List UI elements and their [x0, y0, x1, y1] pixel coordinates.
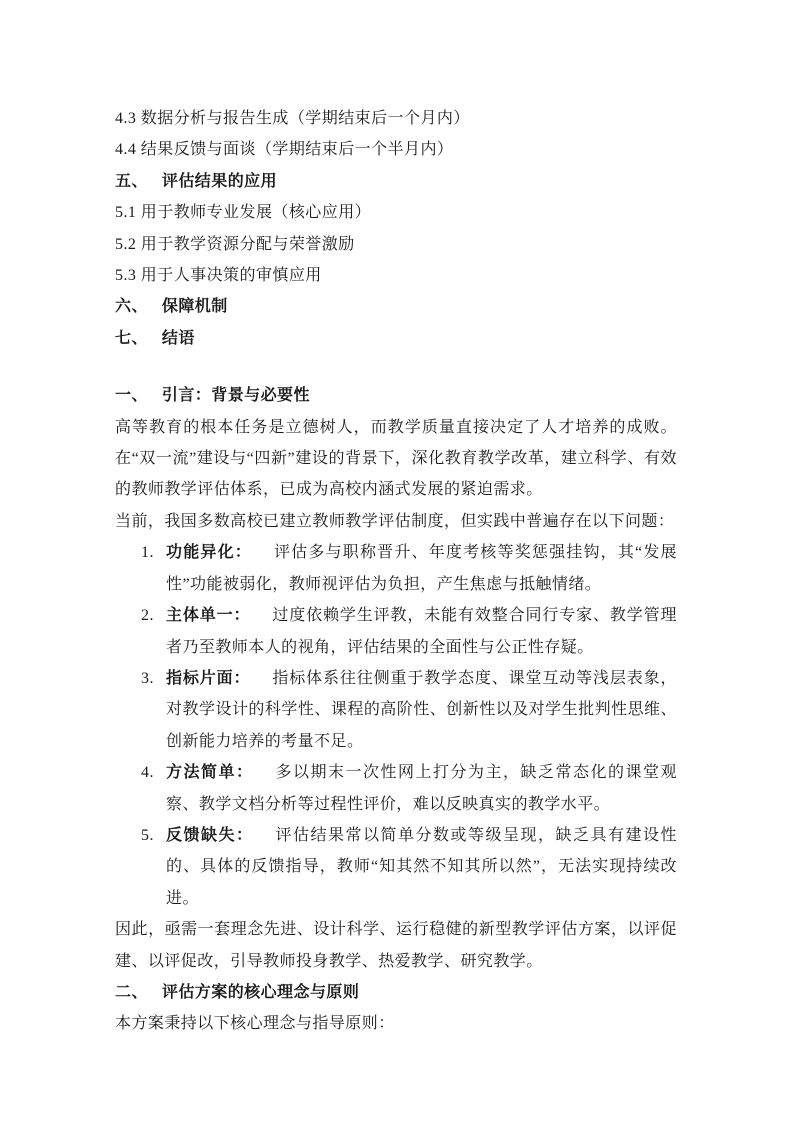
problem-4-label: 方法简单：: [166, 764, 254, 781]
toc-heading-6-label: 保障机制: [162, 298, 228, 315]
section-intro-number: 一、: [115, 387, 148, 404]
problem-item-3: 3.指标片面：指标体系往往侧重于教学态度、课堂互动等浅层表象，对教学设计的科学性…: [115, 663, 677, 757]
problem-2-label: 主体单一：: [166, 607, 250, 624]
toc-heading-6-number: 六、: [115, 298, 148, 315]
section-principles-number: 二、: [115, 984, 148, 1001]
section-heading-principles: 二、评估方案的核心理念与原则: [115, 977, 677, 1008]
problem-5-number: 5.: [141, 820, 154, 851]
problem-1-label: 功能异化：: [166, 544, 252, 561]
problem-1-number: 1.: [141, 537, 154, 568]
problem-item-1: 1.功能异化：评估多与职称晋升、年度考核等奖惩强挂钩，其“发展性”功能被弱化，教…: [115, 537, 677, 600]
toc-item-4-4: 4.4 结果反馈与面谈（学期结束后一个半月内）: [115, 134, 677, 165]
principles-paragraph-1: 本方案秉持以下核心理念与指导原则：: [115, 1008, 677, 1039]
toc-item-4-3: 4.3 数据分析与报告生成（学期结束后一个月内）: [115, 103, 677, 134]
problem-3-label: 指标片面：: [166, 670, 250, 687]
toc-heading-7-number: 七、: [115, 330, 148, 347]
toc-heading-7: 七、结语: [115, 323, 677, 354]
intro-paragraph-2: 当前，我国多数高校已建立教师教学评估制度，但实践中普遍存在以下问题：: [115, 506, 677, 537]
toc-heading-6: 六、保障机制: [115, 291, 677, 322]
blank-line: [115, 354, 677, 380]
toc-item-5-3: 5.3 用于人事决策的审慎应用: [115, 260, 677, 291]
problem-item-2: 2.主体单一：过度依赖学生评教，未能有效整合同行专家、教学管理者乃至教师本人的视…: [115, 600, 677, 663]
section-principles-title: 评估方案的核心理念与原则: [162, 984, 359, 1001]
intro-paragraph-1: 高等教育的根本任务是立德树人，而教学质量直接决定了人才培养的成败。在“双一流”建…: [115, 412, 677, 506]
problem-item-5: 5.反馈缺失：评估结果常以简单分数或等级呈现，缺乏具有建设性的、具体的反馈指导，…: [115, 820, 677, 914]
toc-item-5-1: 5.1 用于教师专业发展（核心应用）: [115, 197, 677, 228]
toc-heading-5: 五、评估结果的应用: [115, 166, 677, 197]
problem-4-number: 4.: [141, 757, 154, 788]
toc-heading-5-number: 五、: [115, 173, 148, 190]
problem-2-number: 2.: [141, 600, 154, 631]
problem-5-label: 反馈缺失：: [166, 827, 254, 844]
intro-paragraph-3: 因此，亟需一套理念先进、设计科学、运行稳健的新型教学评估方案，以评促建、以评促改…: [115, 914, 677, 977]
toc-heading-5-label: 评估结果的应用: [162, 173, 277, 190]
section-intro-title: 引言：背景与必要性: [162, 387, 310, 404]
section-heading-intro: 一、引言：背景与必要性: [115, 380, 677, 411]
document-page: 4.3 数据分析与报告生成（学期结束后一个月内） 4.4 结果反馈与面谈（学期结…: [0, 0, 793, 1122]
problem-3-number: 3.: [141, 663, 154, 694]
toc-heading-7-label: 结语: [162, 330, 195, 347]
problem-item-4: 4.方法简单：多以期末一次性网上打分为主，缺乏常态化的课堂观察、教学文档分析等过…: [115, 757, 677, 820]
toc-item-5-2: 5.2 用于教学资源分配与荣誉激励: [115, 229, 677, 260]
document-body: 4.3 数据分析与报告生成（学期结束后一个月内） 4.4 结果反馈与面谈（学期结…: [115, 103, 677, 1040]
